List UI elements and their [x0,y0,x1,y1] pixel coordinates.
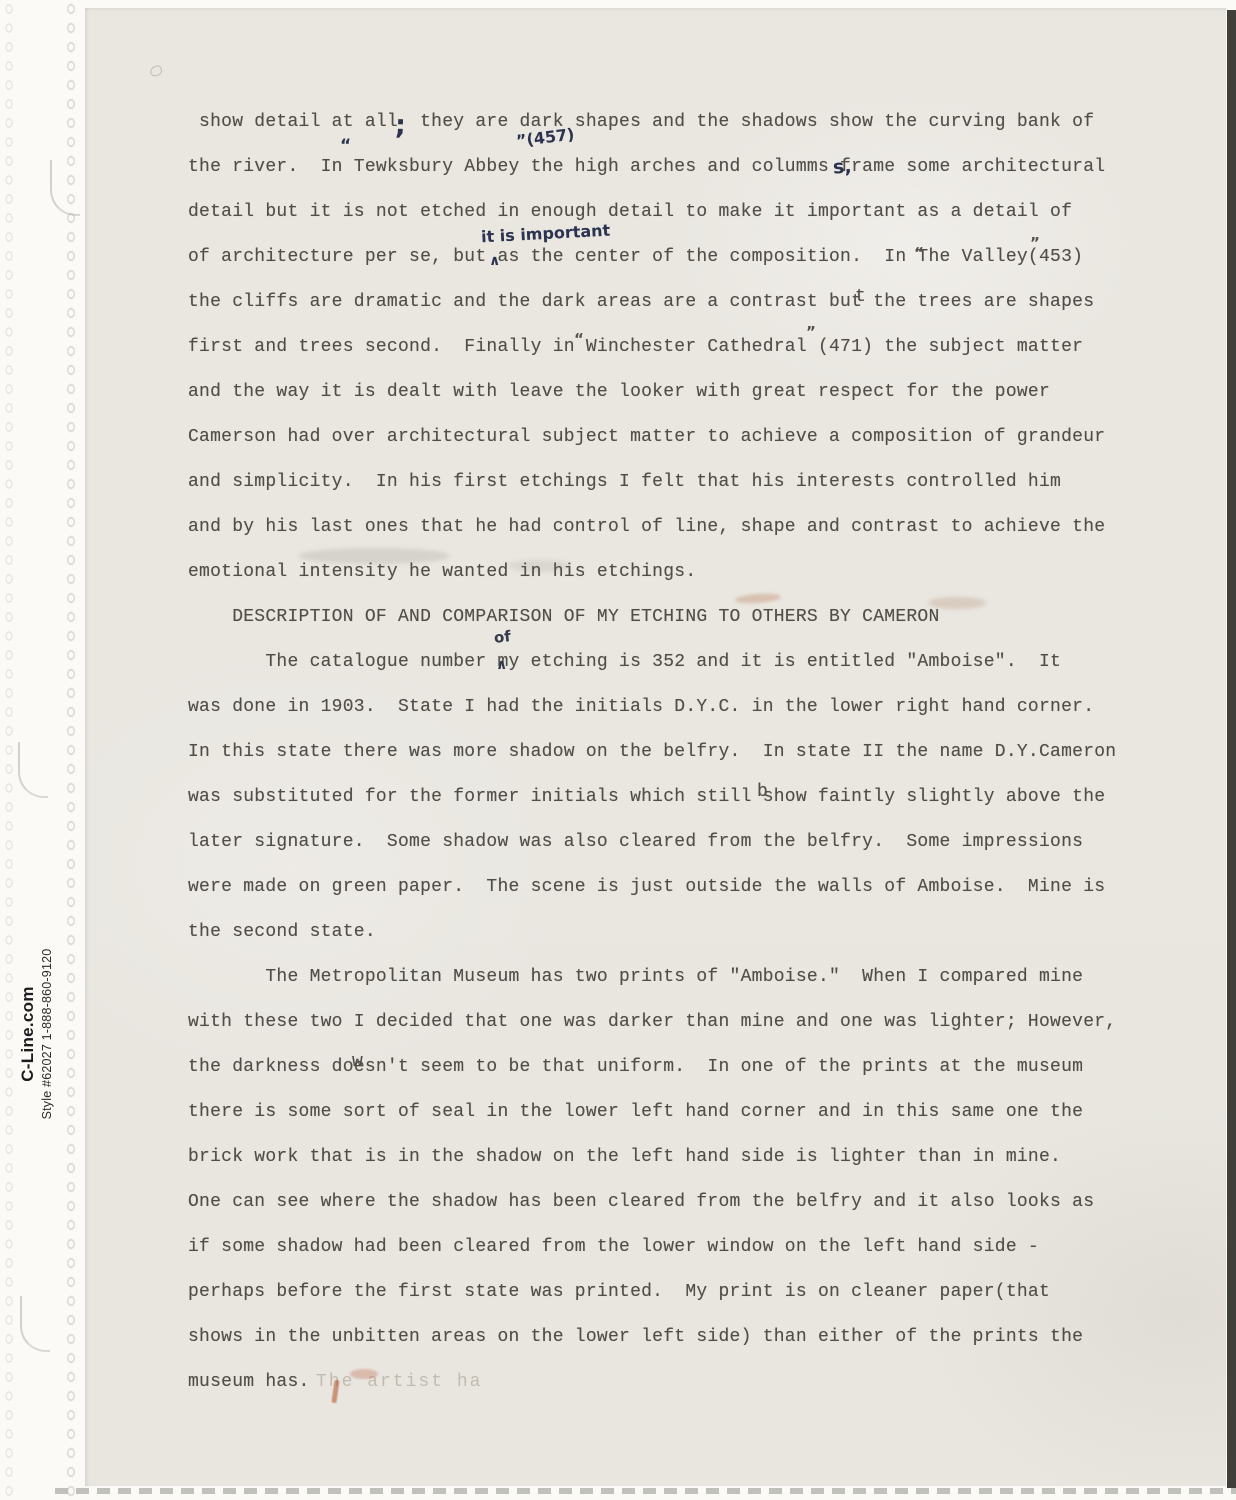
typed-text-block: show detail at all they are dark shapes … [188,100,1116,1405]
typed-line: Camerson had over architectural subject … [188,415,1116,460]
correction-smudge [928,597,986,609]
binder-ring-shadow [20,1296,50,1352]
correction-smudge [350,1369,378,1379]
binder-perforation-outer [0,0,18,1500]
typed-line: the darkness doesn't seem to be that uni… [188,1045,1116,1090]
typed-line: and the way it is dealt with leave the l… [188,370,1116,415]
binder-ring-shadow [50,160,80,216]
typed-line: there is some sort of seal in the lower … [188,1090,1116,1135]
typed-line: the second state. [188,910,1116,955]
paper-blemish [149,64,164,78]
typed-line: and by his last ones that he had control… [188,505,1116,550]
typed-line: One can see where the shadow has been cl… [188,1180,1116,1225]
typed-line: if some shadow had been cleared from the… [188,1225,1116,1270]
typed-line: In this state there was more shadow on t… [188,730,1116,775]
typed-line: later signature. Some shadow was also cl… [188,820,1116,865]
typed-line: shows in the unbitten areas on the lower… [188,1315,1116,1360]
binder-ring-shadow [18,742,48,798]
typed-line: The Metropolitan Museum has two prints o… [188,955,1116,1000]
typed-line: brick work that is in the shadow on the … [188,1135,1116,1180]
typed-line: were made on green paper. The scene is j… [188,865,1116,910]
typed-line: perhaps before the first state was print… [188,1270,1116,1315]
typed-line: and simplicity. In his first etchings I … [188,460,1116,505]
brand-text: C-Line.com [17,986,39,1082]
eraser-smudge [508,560,570,572]
binder-perforation-inner [62,0,80,1500]
typed-line: first and trees second. Finally in Winch… [188,325,1116,370]
protector-bottom-seam [55,1488,1236,1494]
typed-line: was done in 1903. State I had the initia… [188,685,1116,730]
typed-line: detail but it is not etched in enough de… [188,190,1116,235]
scanned-typewritten-page: C-Line.com Style #62027 1-888-860-9120 s… [0,0,1236,1500]
typed-line: of architecture per se, but as the cente… [188,235,1116,280]
typed-line: The catalogue number my etching is 352 a… [188,640,1116,685]
typed-line: the river. In Tewksbury Abbey the high a… [188,145,1116,190]
typed-line: the cliffs are dramatic and the dark are… [188,280,1116,325]
typed-line: was substituted for the former initials … [188,775,1116,820]
eraser-smudge [298,548,450,564]
erased-ghost-text: The artist ha [316,1372,482,1392]
typed-line: with these two I decided that one was da… [188,1000,1116,1045]
typed-line: show detail at all they are dark shapes … [188,100,1116,145]
scan-edge [1227,10,1236,1488]
style-number-text: Style #62027 1-888-860-9120 [39,949,55,1120]
